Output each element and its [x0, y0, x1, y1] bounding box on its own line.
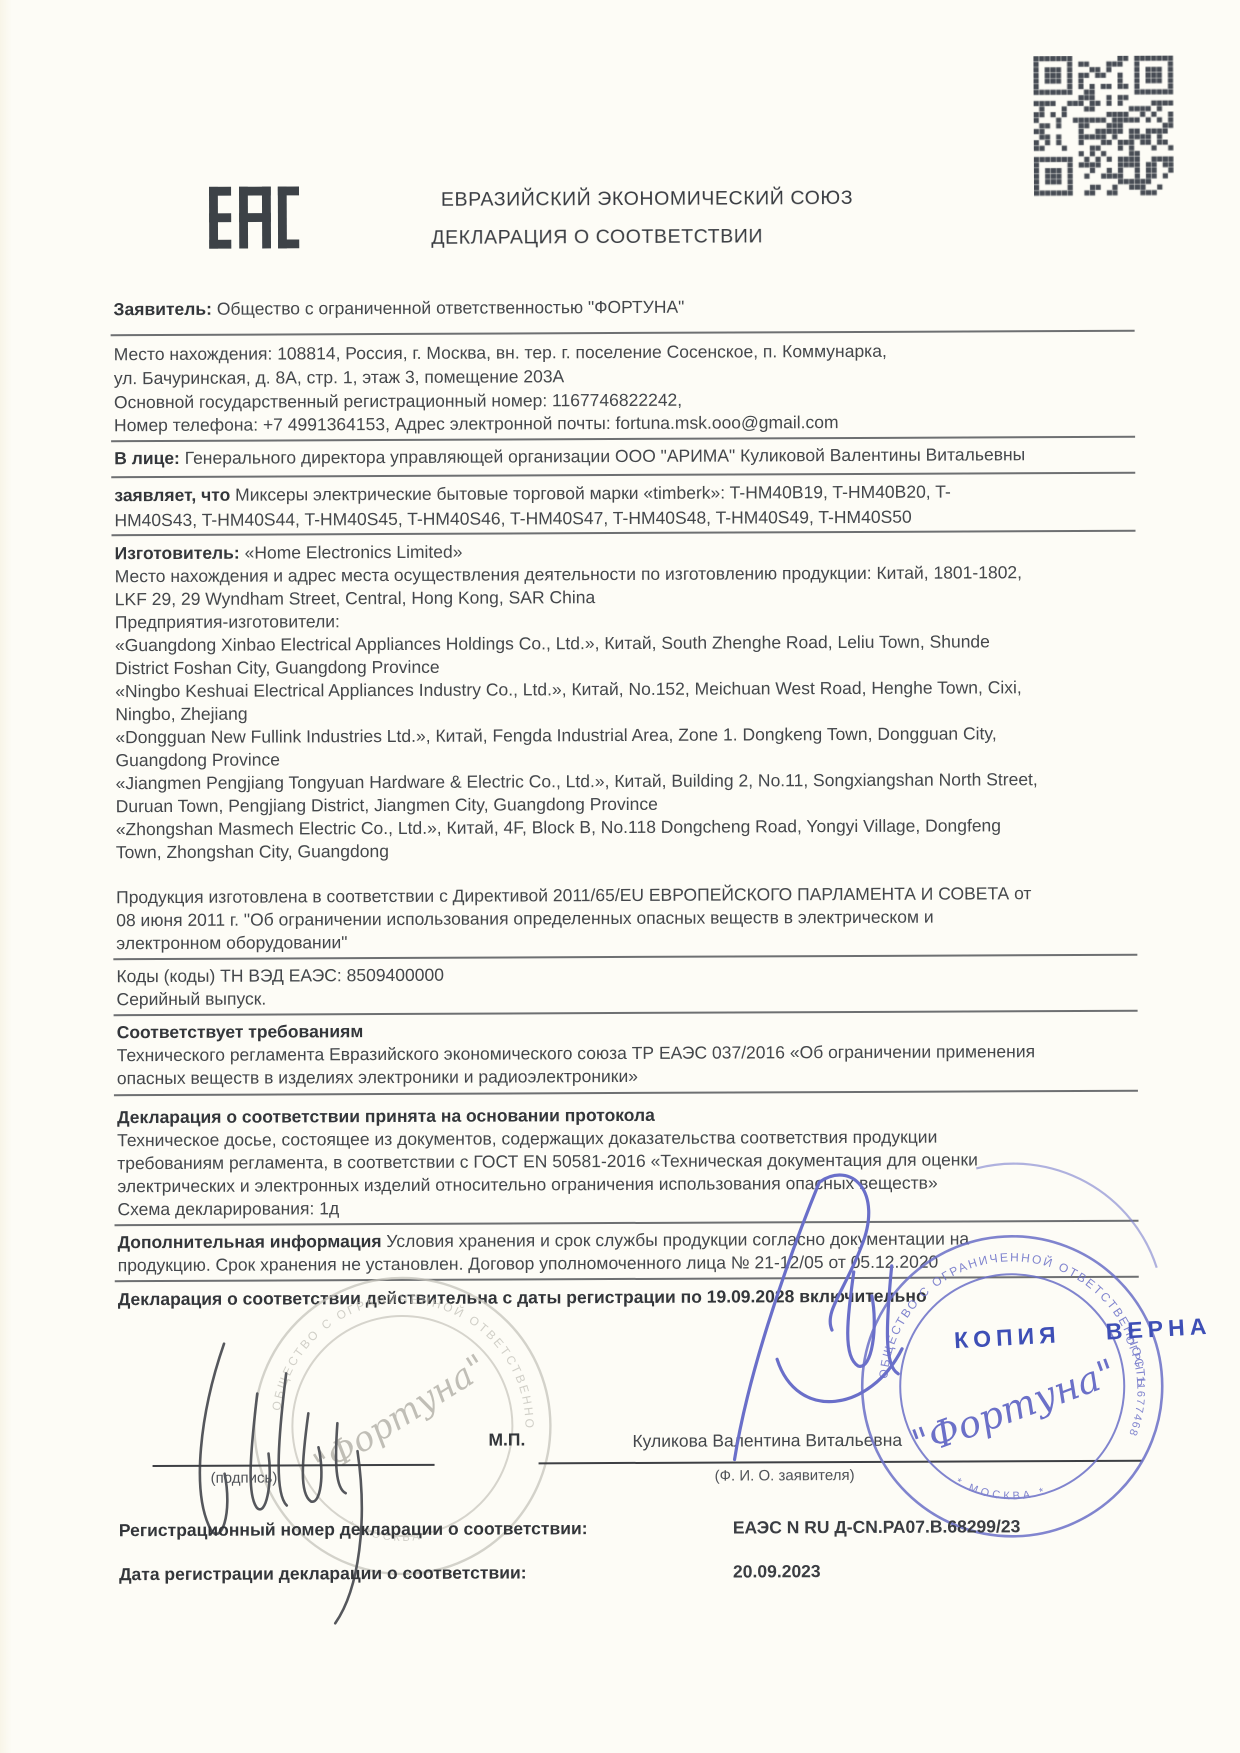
doc-title: ДЕКЛАРАЦИЯ О СООТВЕТСТВИИ: [0, 223, 1217, 251]
applicant-label: Заявитель:: [113, 299, 212, 319]
divider: [114, 1010, 1138, 1016]
compliance-line: опасных веществ в изделиях электроники и…: [117, 1065, 638, 1090]
declaration-scheme: Схема декларирования: 1д: [117, 1197, 339, 1221]
codes-line: Коды (коды) ТН ВЭД ЕАЭС: 8509400000: [116, 964, 444, 988]
manufacturer-line: Ningbo, Zhejiang: [115, 703, 247, 727]
declares-label: заявляет, что: [114, 485, 230, 506]
mp-label: М.П.: [488, 1428, 525, 1451]
applicant-line: Заявитель: Общество с ограниченной ответ…: [113, 296, 684, 321]
divider: [111, 330, 1135, 336]
manufacturer-line: «Dongguan New Fullink Industries Ltd.», …: [115, 722, 996, 749]
signature-caption: (подпись): [211, 1470, 278, 1487]
divider: [115, 1220, 1139, 1226]
divider: [111, 472, 1135, 478]
person-value: Генерального директора управляющей орган…: [185, 444, 1026, 468]
compliance-line: Технического регламента Евразийского эко…: [117, 1040, 1035, 1067]
manufacturer-line: District Foshan City, Guangdong Province: [115, 656, 440, 680]
basis-heading: Декларация о соответствии принята на осн…: [117, 1104, 655, 1129]
manufacturer-name: «Home Electronics Limited»: [245, 542, 463, 563]
location-line: Номер телефона: +7 4991364153, Адрес эле…: [114, 411, 839, 437]
declares-line: HM40S43, T-HM40S44, T-HM40S45, T-HM40S46…: [114, 506, 911, 532]
divider: [111, 436, 1135, 442]
registration-number-label: Регистрационный номер декларации о соотв…: [119, 1518, 588, 1541]
location-line: ул. Бачуринская, д. 8А, стр. 1, этаж 3, …: [114, 365, 564, 390]
manufacturer-line: Предприятия-изготовители:: [115, 610, 340, 634]
person-line: В лице: Генерального директора управляющ…: [114, 443, 1025, 470]
location-line: Основной государственный регистрационный…: [114, 389, 682, 414]
person-label: В лице:: [114, 448, 180, 468]
produced-line: 08 июня 2011 г. "Об ограничении использо…: [116, 906, 934, 933]
registration-number-value: ЕАЭС N RU Д-CN.РА07.В.68299/23: [733, 1516, 1021, 1538]
location-line: Место нахождения: 108814, Россия, г. Мос…: [114, 340, 887, 366]
manufacturer-line: «Ningbo Keshuai Electrical Appliances In…: [115, 676, 1022, 703]
divider: [113, 954, 1137, 960]
registration-date-label: Дата регистрации декларации о соответств…: [119, 1562, 527, 1585]
declaration-document: ЕВРАЗИЙСКИЙ ЭКОНОМИЧЕСКИЙ СОЮЗ ДЕКЛАРАЦИ…: [0, 0, 1240, 1753]
union-title: ЕВРАЗИЙСКИЙ ЭКОНОМИЧЕСКИЙ СОЮЗ: [27, 185, 1240, 213]
manufacturer-line: Изготовитель: «Home Electronics Limited»: [115, 541, 463, 566]
declares-products: Миксеры электрические бытовые торговой м…: [235, 482, 951, 505]
produced-line: электронном оборудовании": [116, 931, 347, 955]
manufacturer-label: Изготовитель:: [115, 543, 240, 564]
qr-code-icon: [1033, 56, 1174, 202]
applicant-value: Общество с ограниченной ответственностью…: [217, 297, 685, 319]
manufacturer-line: Место нахождения и адрес места осуществл…: [115, 561, 1022, 588]
manufacturer-line: LKF 29, 29 Wyndham Street, Central, Hong…: [115, 586, 595, 611]
registration-date-value: 20.09.2023: [733, 1561, 821, 1582]
manufacturer-line: Town, Zhongshan City, Guangdong: [116, 840, 389, 864]
manufacturer-line: «Guangdong Xinbao Electrical Appliances …: [115, 630, 990, 657]
manufacturer-line: «Jiangmen Pengjiang Tongyuan Hardware & …: [116, 768, 1038, 795]
codes-line: Серийный выпуск.: [116, 988, 266, 1012]
additional-label: Дополнительная информация: [118, 1231, 382, 1252]
compliance-heading: Соответствует требованиям: [117, 1020, 364, 1044]
divider: [114, 1090, 1138, 1096]
manufacturer-line: Duruan Town, Pengjiang District, Jiangme…: [116, 793, 658, 818]
manufacturer-line: «Zhongshan Masmech Electric Co., Ltd.», …: [116, 814, 1001, 841]
manufacturer-line: Guangdong Province: [115, 748, 280, 772]
declares-line: заявляет, что Миксеры электрические быто…: [114, 481, 951, 508]
stamp-signature-icon: [701, 1153, 972, 1484]
